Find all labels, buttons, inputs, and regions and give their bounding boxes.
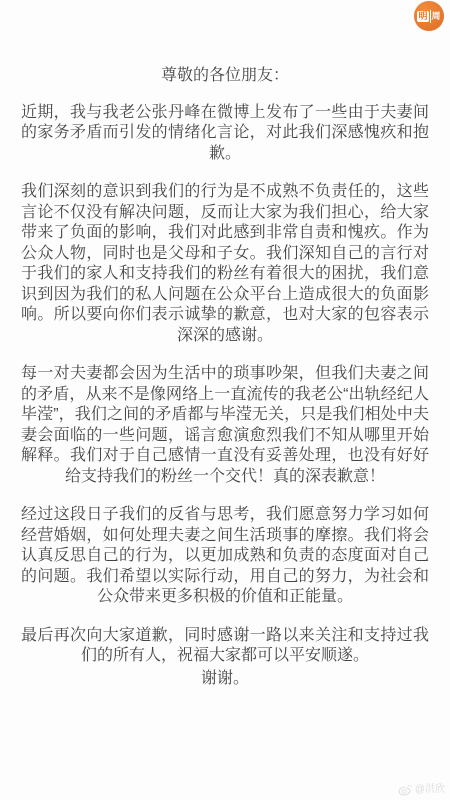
weibo-watermark: @洪欣 <box>398 784 445 796</box>
paragraph-4: 经过这段日子我们的反省与思考，我们愿意努力学习如何经营婚姻，如何处理夫妻之间生活… <box>21 505 429 608</box>
paragraph-3: 每一对夫妻都会因为生活中的琐事吵架，但我们夫妻之间的矛盾，从来不是像网络上一直流… <box>21 364 429 487</box>
paragraph-2: 我们深刻的意识到我们的行为是不成熟不负责任的，这些言论不仅没有解决问题，反而让大… <box>21 182 429 346</box>
logo-right-char: 周 <box>432 11 441 22</box>
paragraph-1: 近期，我与我老公张丹峰在微博上发布了一些由于夫妻间的家务矛盾而引发的情绪化言论，… <box>21 103 429 165</box>
weibo-icon <box>398 784 412 796</box>
closing-thanks: 谢谢。 <box>21 669 429 690</box>
apology-letter: 尊敬的各位朋友： 近期，我与我老公张丹峰在微博上发布了一些由于夫妻间的家务矛盾而… <box>0 0 450 689</box>
watermark-handle: @洪欣 <box>415 784 445 796</box>
logo-divider <box>430 10 431 23</box>
mingzhou-magazine-logo-icon: 明 周 <box>414 1 444 31</box>
statement-image: 明 周 尊敬的各位朋友： 近期，我与我老公张丹峰在微博上发布了一些由于夫妻间的家… <box>0 0 450 800</box>
logo-left-char: 明 <box>417 11 428 22</box>
salutation: 尊敬的各位朋友： <box>21 66 429 87</box>
paragraph-5: 最后再次向大家道歉，同时感谢一路以来关注和支持过我们的所有人，祝福大家都可以平安… <box>21 626 429 667</box>
